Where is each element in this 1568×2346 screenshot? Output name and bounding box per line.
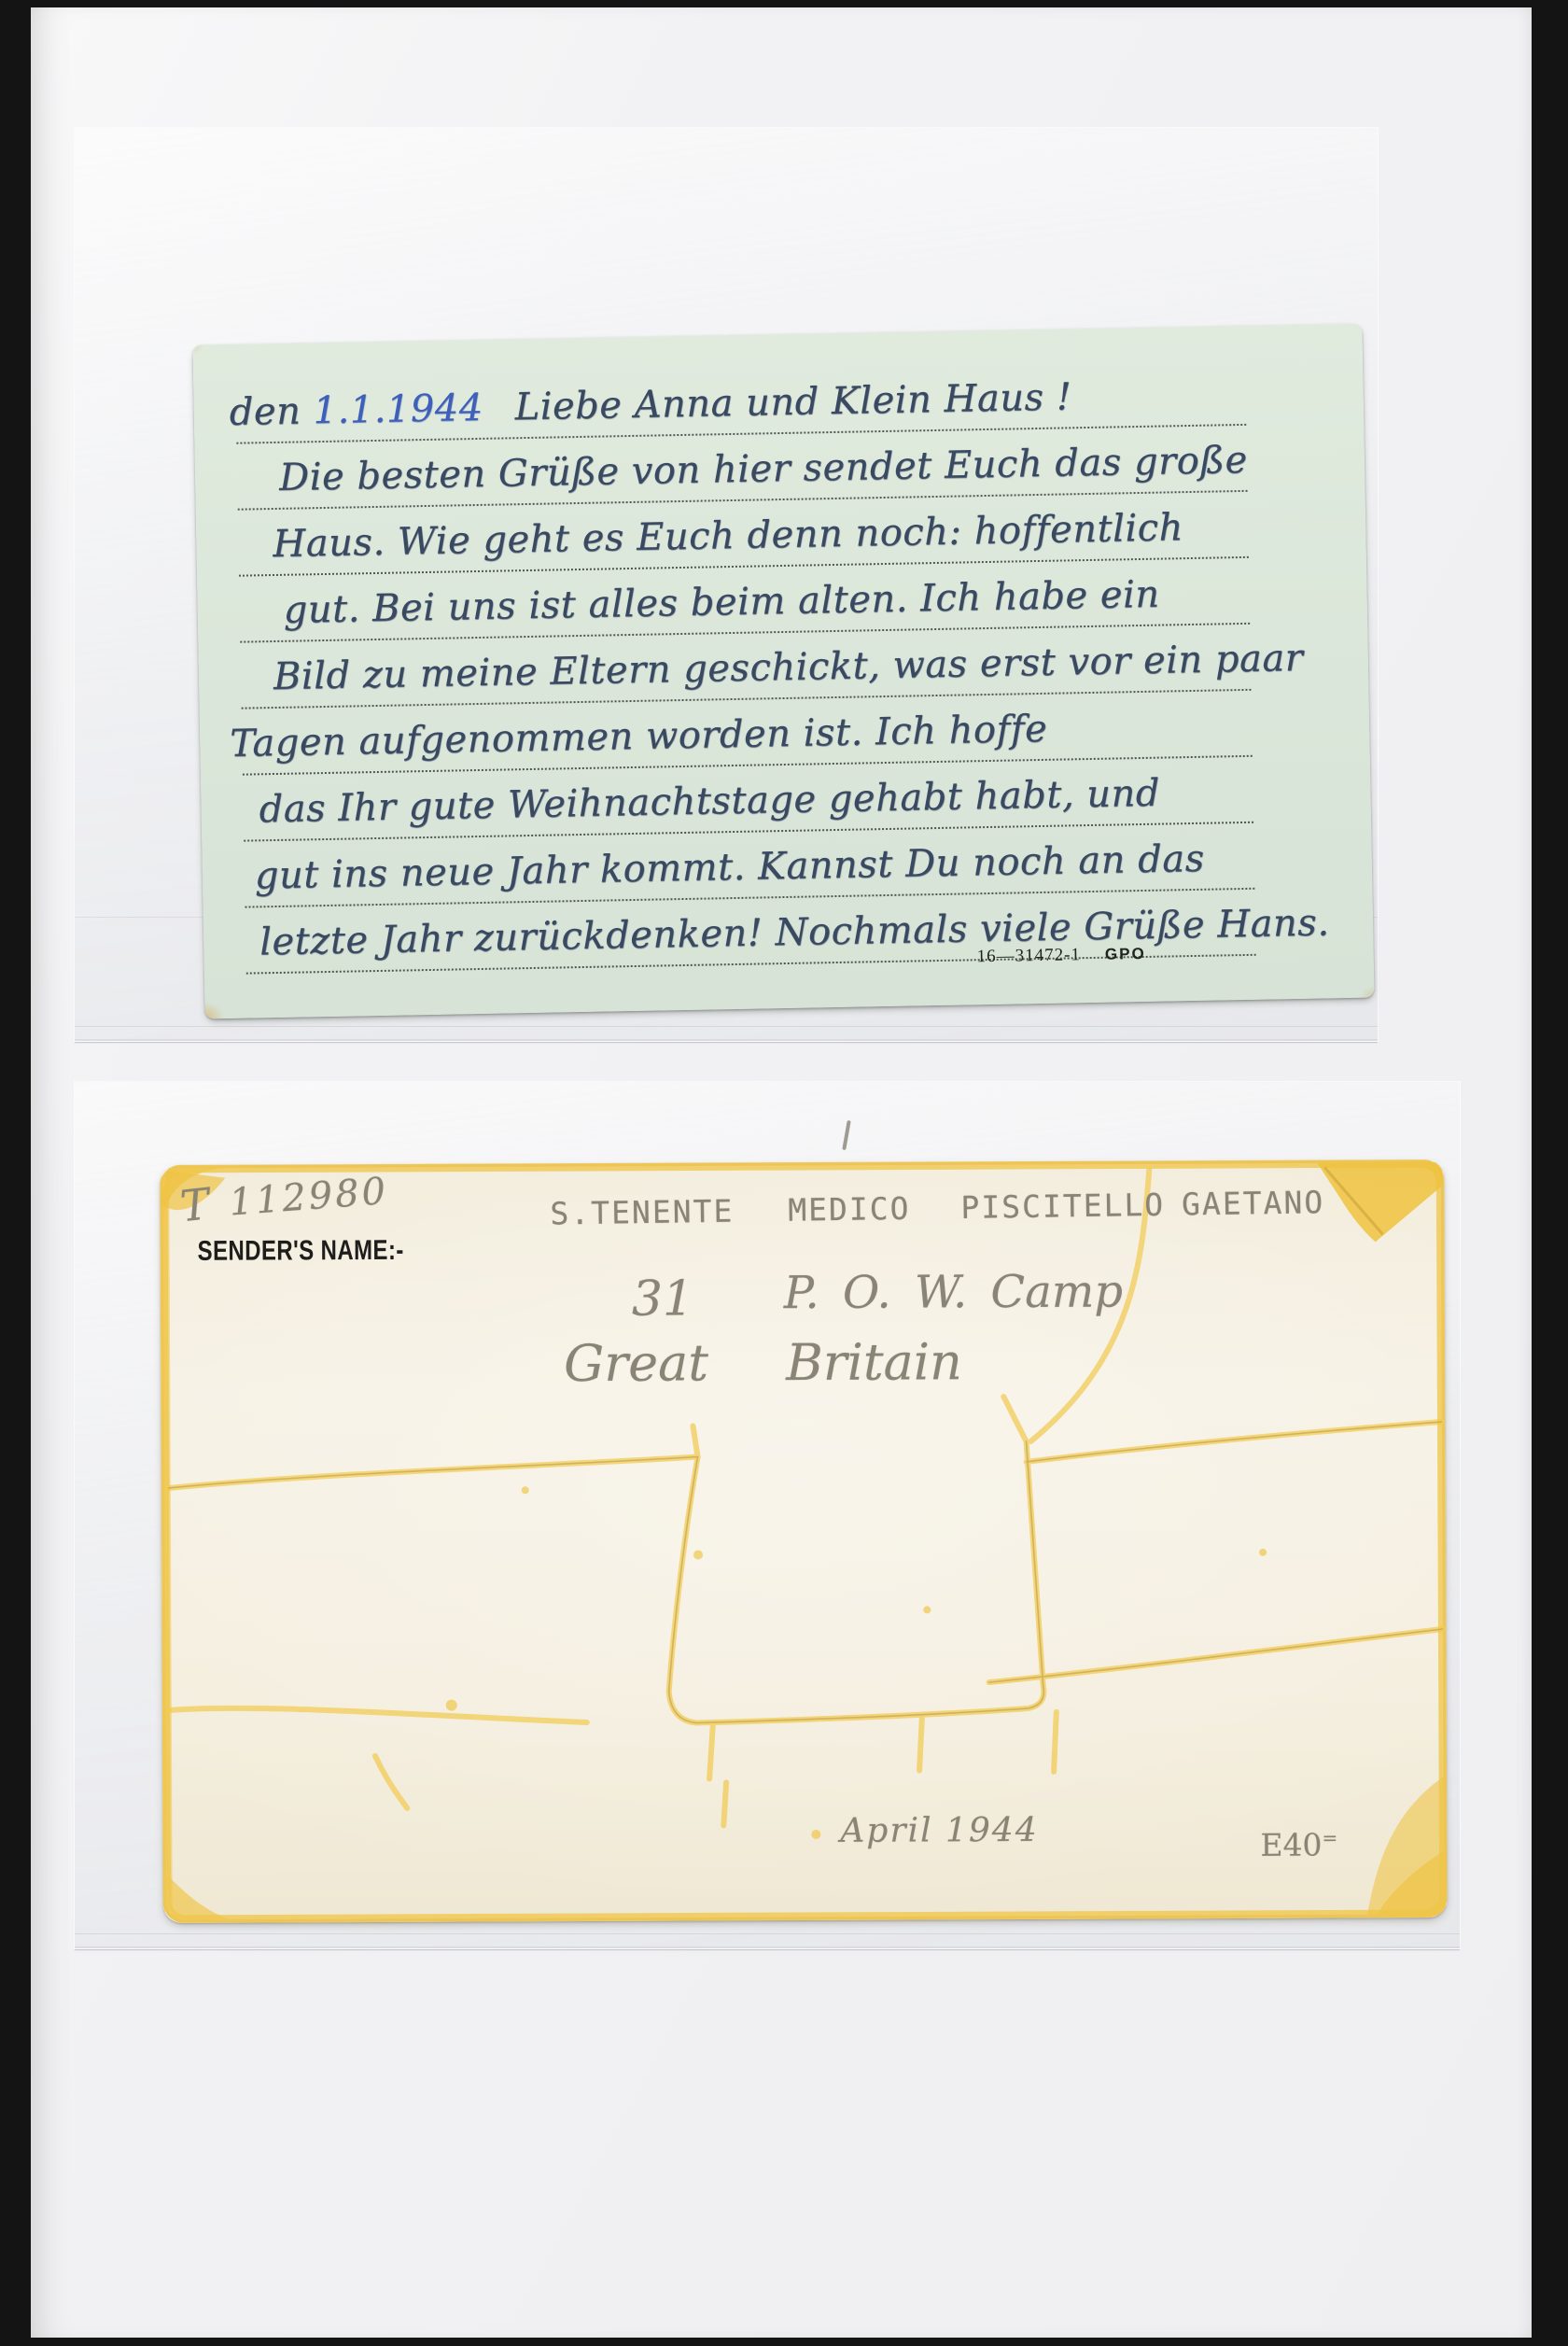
censor-letter: T	[178, 1178, 212, 1231]
postcard: den 1.1.1944Liebe Anna und Klein Haus ! …	[192, 324, 1374, 1019]
postcard-line: Bild zu meine Eltern geschickt, was erst…	[273, 637, 1304, 698]
date-annotation: April 1944	[840, 1811, 1039, 1850]
sender-word-rank: S.TENENTE	[550, 1193, 734, 1232]
imprint-number: 16—31472-1	[976, 945, 1081, 967]
postcard-line: gut ins neue Jahr kommt. Kannst Du noch …	[255, 837, 1206, 898]
postcard-line: gut. Bei uns ist alles beim alten. Ich h…	[283, 573, 1160, 632]
camp-line: P. O. W. Camp	[784, 1266, 1123, 1320]
sender-word-medico: MEDICO	[788, 1190, 911, 1229]
postcard-line1-gap	[483, 419, 515, 420]
price-value: E40	[1260, 1827, 1322, 1863]
price-superscript: =	[1322, 1827, 1337, 1849]
senders-name-label: SENDER'S NAME:-	[198, 1235, 404, 1268]
sender-word-surname: PISCITELLO	[960, 1187, 1165, 1226]
album-page: den 1.1.1944Liebe Anna und Klein Haus ! …	[31, 7, 1532, 2338]
imprint-gpo: GPO	[1105, 945, 1146, 964]
postcard-line1-post: Liebe Anna und Klein Haus !	[514, 375, 1072, 428]
envelope: T 112980 SENDER'S NAME:- S.TENENTEMEDICO…	[160, 1159, 1448, 1923]
price-annotation: E40=	[1260, 1827, 1337, 1863]
postcard-line1-date: 1.1.1944	[313, 386, 483, 432]
sender-word-firstname: GAETANO	[1182, 1184, 1325, 1222]
postcard-printers-imprint: 16—31472-1 GPO	[976, 944, 1145, 967]
postcard-line: letzte Jahr zurückdenken! Nochmals viele…	[259, 901, 1330, 963]
postcard-line1-pre: den	[229, 389, 314, 434]
camp-number: 31	[632, 1271, 693, 1328]
postcard-line: das Ihr gute Weihnachtstage gehabt habt,…	[259, 772, 1160, 832]
photographed-album-page: den 1.1.1944Liebe Anna und Klein Haus ! …	[0, 0, 1568, 2346]
postcard-line: den 1.1.1944Liebe Anna und Klein Haus !	[229, 375, 1071, 434]
country-line: Great Britain	[564, 1332, 962, 1393]
postcard-line: Tagen aufgenommen worden ist. Ich hoffe	[230, 708, 1048, 766]
postcard-line: Haus. Wie geht es Euch denn noch: hoffen…	[273, 506, 1183, 566]
postcard-line: Die besten Grüße von hier sendet Euch da…	[279, 439, 1248, 499]
